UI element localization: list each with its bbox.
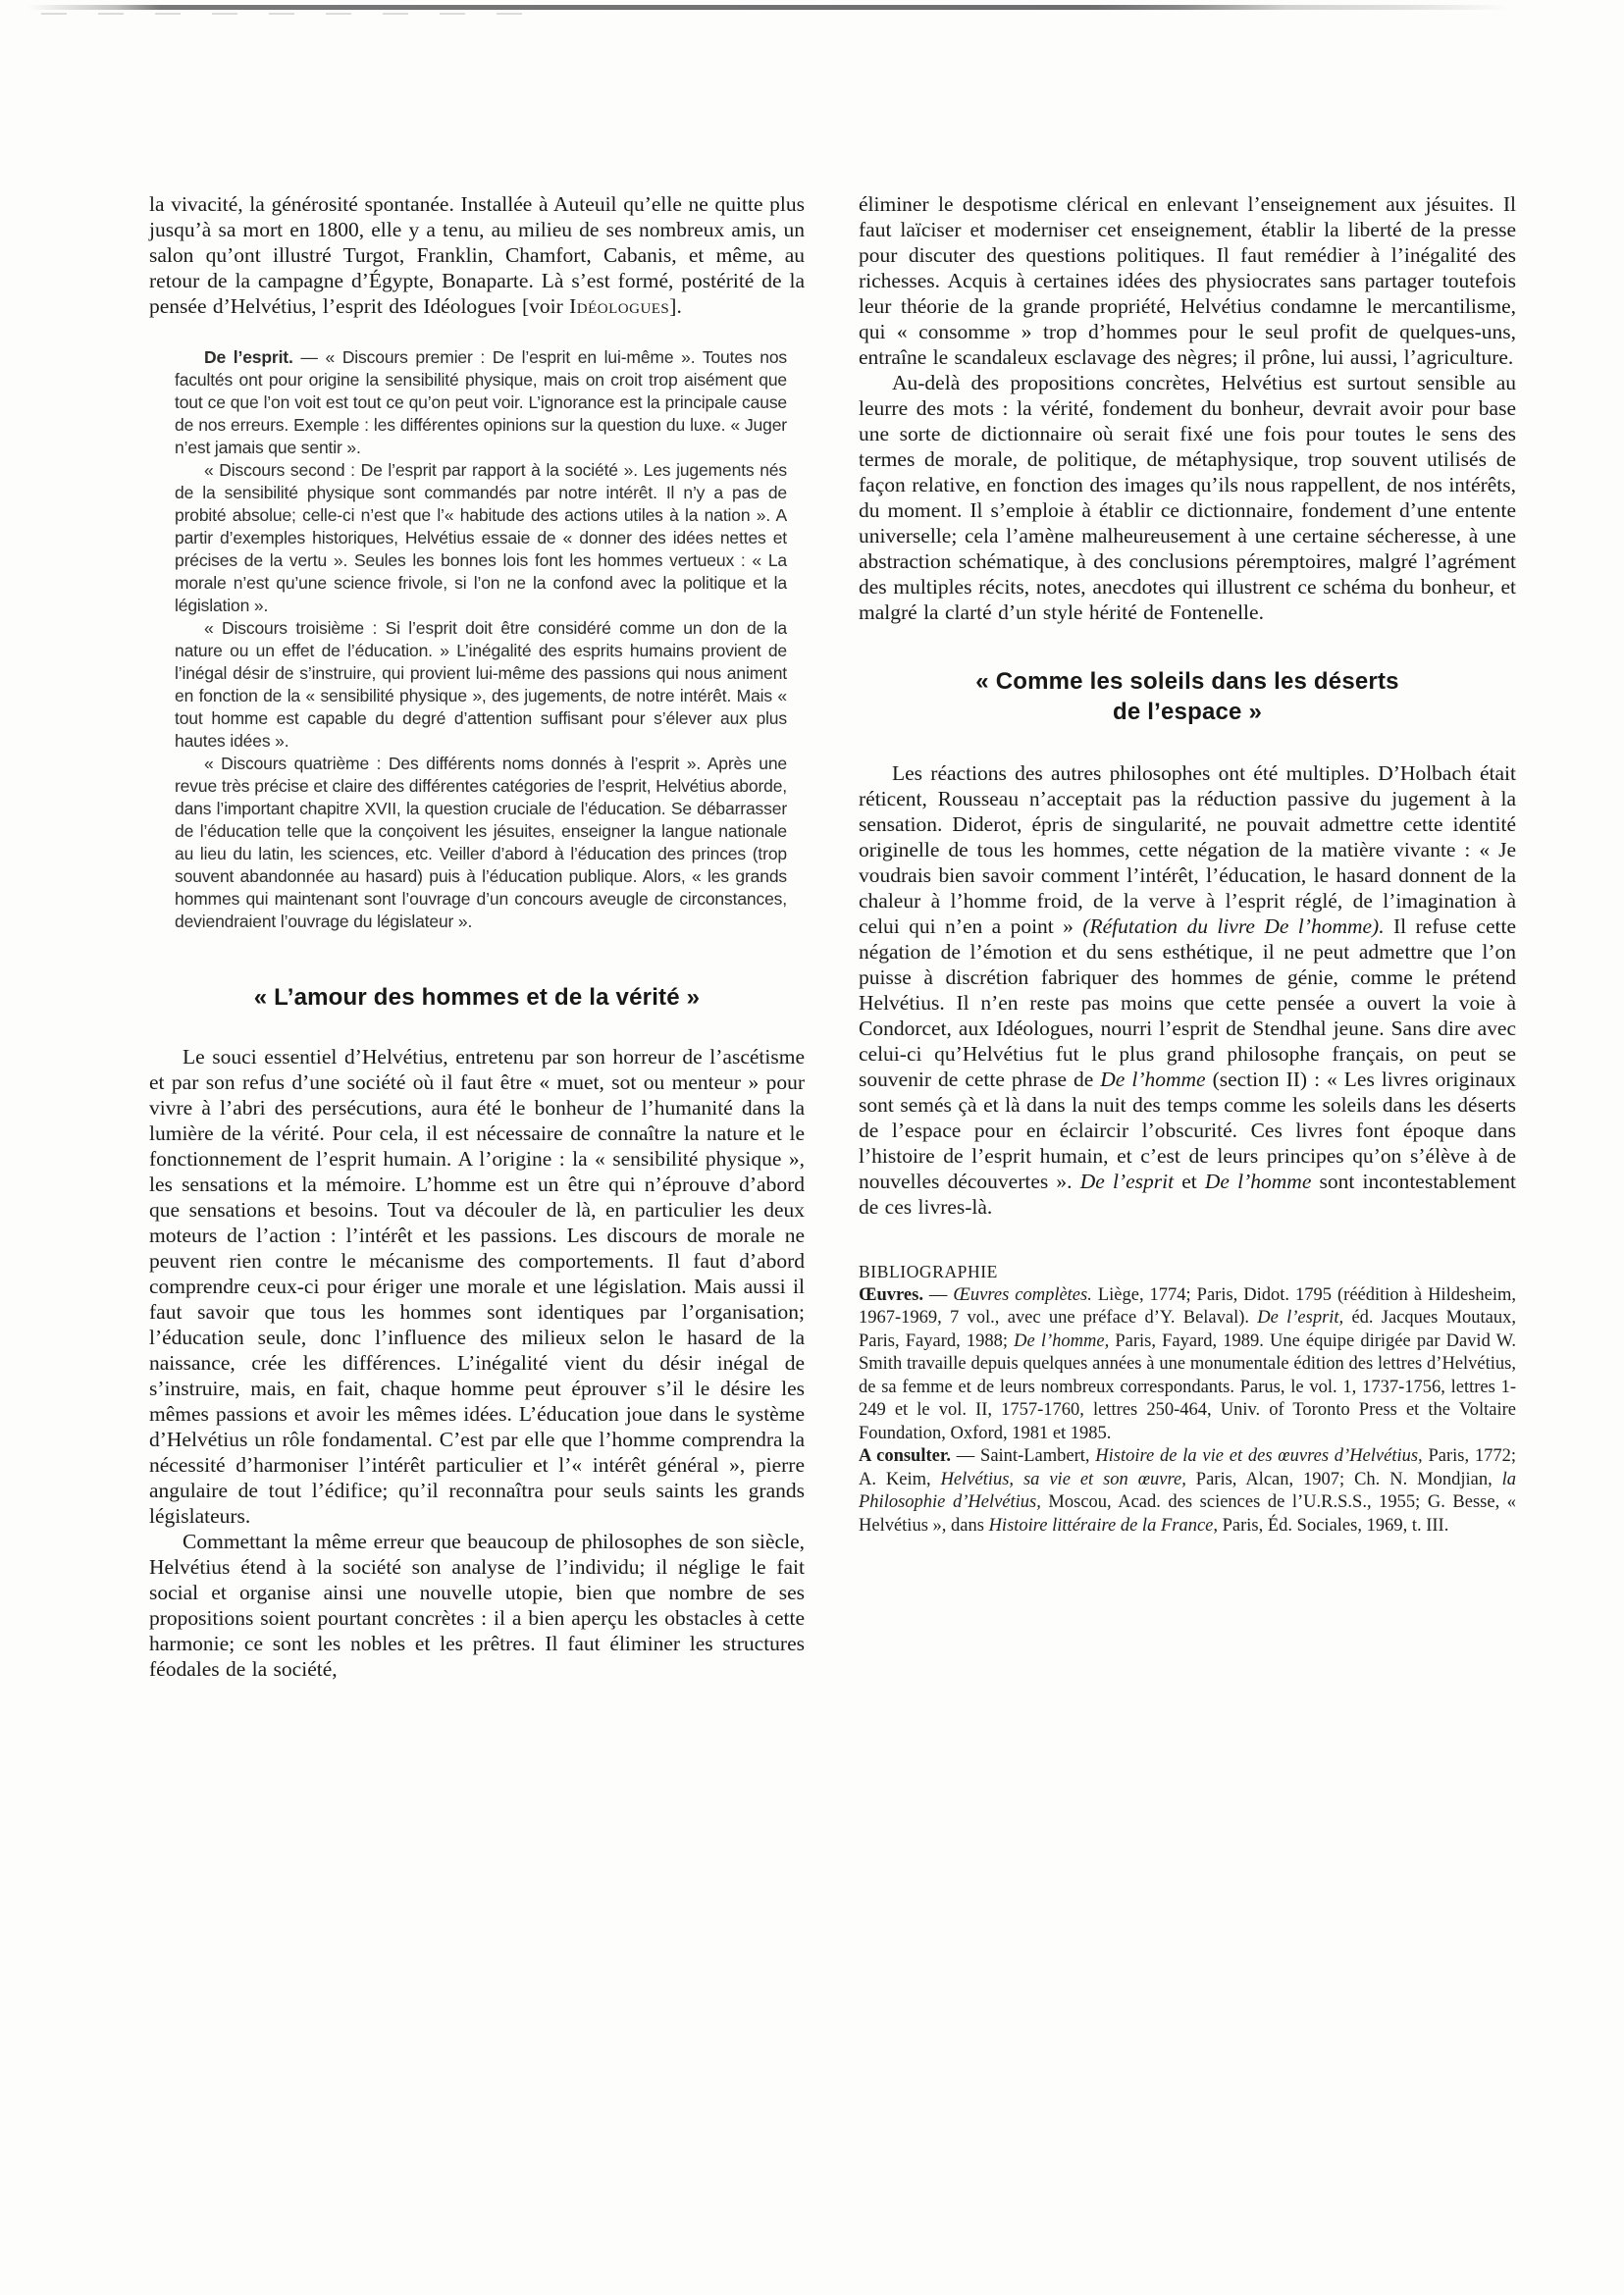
section-heading-soleils: « Comme les soleils dans les déserts de …	[859, 666, 1516, 727]
de-lesprit-analysis-block: De l’esprit. — « Discours premier : De l…	[175, 346, 787, 933]
bibliography-a-consulter: A consulter. — Saint-Lambert, Histoire d…	[859, 1445, 1516, 1538]
paragraph-le-souci: Le souci essentiel d’Helvétius, entreten…	[149, 1044, 805, 1529]
section-heading-amour: « L’amour des hommes et de la vérité »	[149, 982, 805, 1013]
section-heading-soleils-line2: de l’espace »	[859, 697, 1516, 727]
left-column: la vivacité, la générosité spontanée. In…	[149, 191, 805, 1682]
intro-paragraph: la vivacité, la générosité spontanée. In…	[149, 191, 805, 319]
paragraph-reactions: Les réactions des autres philosophes ont…	[859, 760, 1516, 1220]
section-heading-soleils-line1: « Comme les soleils dans les déserts	[859, 666, 1516, 697]
analysis-discours-second: « Discours second : De l’esprit par rapp…	[175, 459, 787, 617]
bibliography-label: BIBLIOGRAPHIE	[859, 1261, 1516, 1284]
scanned-encyclopedia-page: { "left": { "intro": [ {"t":"la vivacité…	[0, 0, 1624, 2295]
bibliography-oeuvres: Œuvres. — Œuvres complètes. Liège, 1774;…	[859, 1284, 1516, 1446]
paragraph-au-dela: Au-delà des propositions concrètes, Helv…	[859, 370, 1516, 625]
analysis-discours-troisieme: « Discours troisième : Si l’esprit doit …	[175, 617, 787, 753]
paragraph-continuation: éliminer le despotisme clérical en enlev…	[859, 191, 1516, 370]
bibliography-block: BIBLIOGRAPHIE Œuvres. — Œuvres complètes…	[859, 1261, 1516, 1538]
analysis-discours-premier: De l’esprit. — « Discours premier : De l…	[175, 346, 787, 459]
paragraph-commettant: Commettant la même erreur que beaucoup d…	[149, 1529, 805, 1682]
page-top-scan-dashes	[41, 13, 532, 15]
page-top-scan-artifact	[27, 5, 1509, 10]
analysis-discours-quatrieme: « Discours quatrième : Des différents no…	[175, 753, 787, 933]
right-column: éliminer le despotisme clérical en enlev…	[859, 191, 1516, 1538]
